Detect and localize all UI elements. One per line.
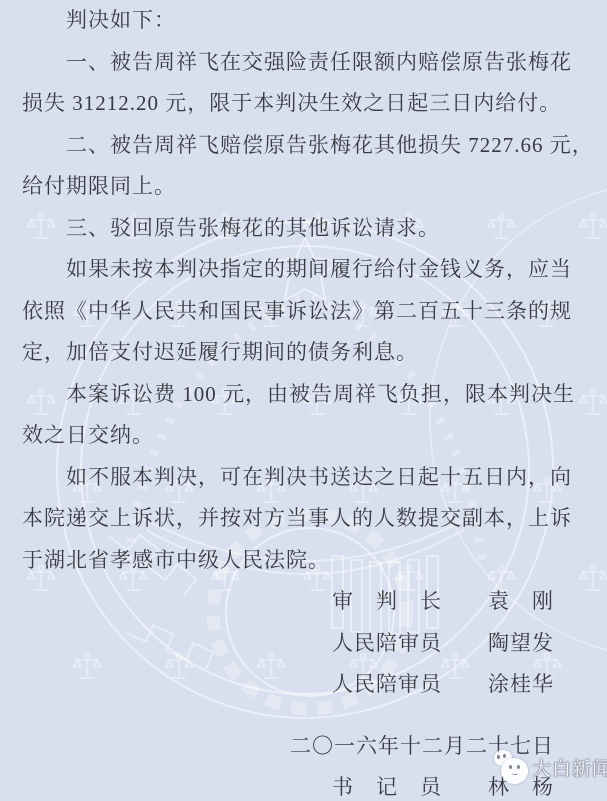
judgment-line: 如不服本判决，可在判决书送达之日起十五日内，向 [22,457,585,499]
judgment-line: 于湖北省孝感市中级人民法院。 [22,540,585,582]
judgment-line: 一、被告周祥飞在交强险责任限额内赔偿原告张梅花 [22,42,585,84]
signature-gap [442,690,488,691]
signature-role: 人民陪审员 [332,631,442,655]
signature-name: 涂桂华 [488,672,554,696]
signature-name: 袁 刚 [488,589,554,613]
signature-name: 林 杨 [488,775,554,799]
judgment-line: 给付期限同上。 [22,166,585,208]
signature-role: 人民陪审员 [332,672,442,696]
judgment-document: 判决如下： 一、被告周祥飞在交强险责任限额内赔偿原告张梅花 损失 31212.2… [0,0,607,801]
judgment-line: 本案诉讼费 100 元，由被告周祥飞负担，限本判决生 [22,374,585,416]
signature-gap [442,607,488,608]
judgment-line: 定，加倍支付迟延履行期间的债务利息。 [22,332,585,374]
signature-role: 审 判 长 [332,589,442,613]
judgment-date: 二〇一六年十二月二十七日 [22,726,585,768]
judgment-line: 本院递交上诉状，并按对方当事人的人数提交副本，上诉 [22,498,585,540]
signature-gap [442,793,488,794]
signature-row-presiding-judge: 审 判 长袁 刚 [22,581,585,623]
signature-name: 陶望发 [488,631,554,655]
judgment-page: { "page": { "background_color": "#d8dfee… [0,0,607,801]
judgment-line: 如果未按本判决指定的期间履行给付金钱义务，应当 [22,249,585,291]
judgment-line: 三、驳回原告张梅花的其他诉讼请求。 [22,208,585,250]
judgment-line: 损失 31212.20 元，限于本判决生效之日起三日内给付。 [22,83,585,125]
judgment-line: 效之日交纳。 [22,415,585,457]
signature-row-clerk: 书 记 员林 杨 [22,767,585,801]
signature-row-assessor-2: 人民陪审员涂桂华 [22,664,585,706]
judgment-line: 依照《中华人民共和国民事诉讼法》第二百五十三条的规 [22,291,585,333]
judgment-line: 二、被告周祥飞赔偿原告张梅花其他损失 7227.66 元， [22,125,585,167]
signature-role: 书 记 员 [332,775,442,799]
judgment-line: 判决如下： [22,0,585,42]
signature-row-assessor-1: 人民陪审员陶望发 [22,623,585,665]
signature-gap [442,649,488,650]
